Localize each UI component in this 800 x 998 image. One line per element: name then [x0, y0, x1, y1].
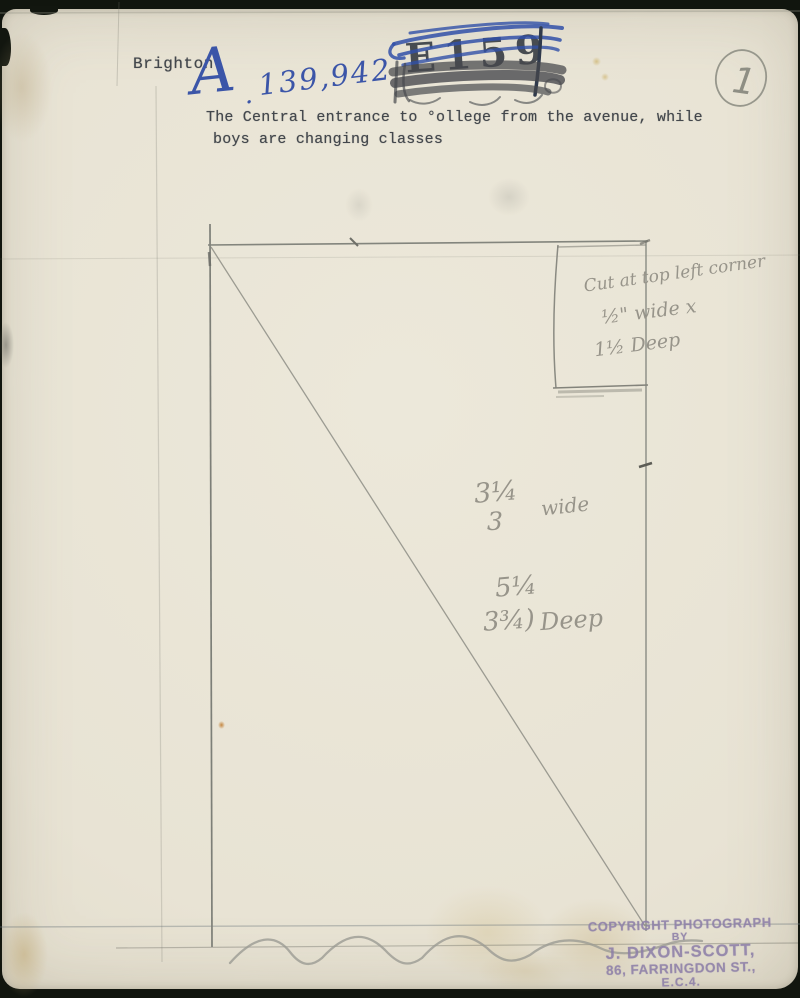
crease-line — [0, 11, 800, 13]
width-dimension-label: wide — [540, 492, 590, 521]
caption-line-1: The Central entrance to °ollege from the… — [206, 109, 703, 126]
pencil-linework: E159 1 — [0, 0, 800, 998]
accession-letter: A — [186, 32, 238, 109]
cut-rectangle-bottom-edge — [553, 385, 648, 388]
page-number: 1 — [730, 60, 758, 104]
cut-rectangle-left-edge — [554, 245, 558, 388]
pencil-mark — [209, 252, 210, 266]
depth-dimension-label: Deep — [539, 604, 604, 636]
width-dimension-value-2: 3 — [487, 507, 503, 536]
diagonal-line — [211, 247, 645, 926]
pencil-shading — [558, 390, 642, 392]
accession-separator: . — [245, 80, 253, 110]
pencil-shading — [556, 396, 604, 397]
crease-line — [117, 2, 119, 86]
copyright-stamp: COPYRIGHT PHOTOGRAPH BY J. DIXON-SCOTT, … — [577, 915, 784, 991]
depth-dimension-value-2: 3¾) — [482, 604, 536, 638]
caption-line-2: boys are changing classes — [213, 131, 443, 148]
tick-mark-top — [350, 238, 358, 246]
crease-line — [156, 86, 162, 962]
depth-dimension-value-1: 5¼ — [494, 570, 538, 604]
width-dimension-value-1: 3¼ — [473, 475, 519, 510]
cut-rectangle-top-edge — [557, 245, 646, 247]
crop-rectangle-left-edge — [210, 224, 212, 947]
photo-verso-scan: E159 1 Brighton The Central entrance to — [0, 0, 800, 998]
crease-line — [0, 255, 800, 259]
crop-rectangle-top-edge — [208, 241, 648, 245]
